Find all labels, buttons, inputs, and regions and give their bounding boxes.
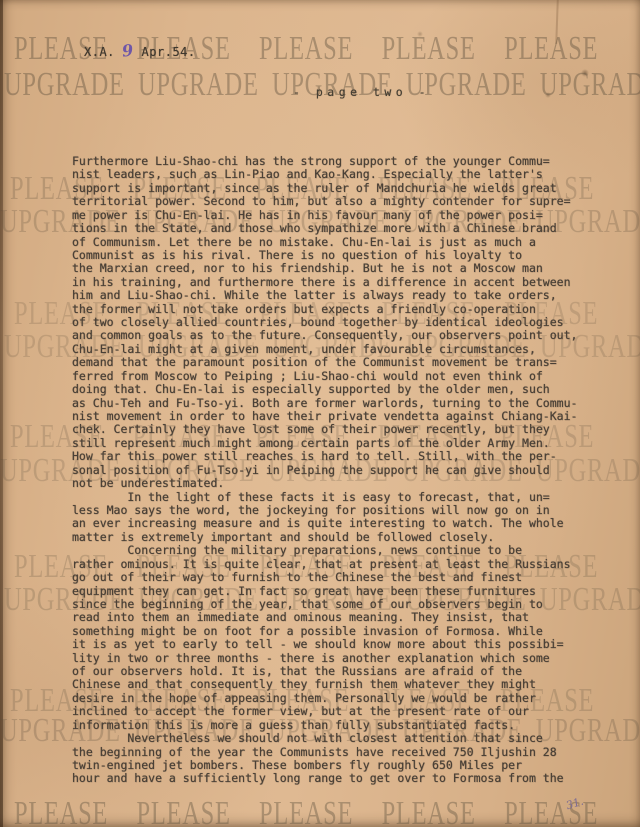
paper-crease — [555, 0, 559, 44]
header-date: Apr.54. — [142, 45, 196, 59]
handwritten-day: 9 — [121, 40, 135, 60]
handwritten-annotation: 31. — [564, 795, 585, 813]
typed-text: Furthermore Liu-Shao-chi has the strong … — [72, 155, 612, 786]
watermark-row: PLEASE PLEASE PLEASE PLEASE PLEASE — [14, 795, 598, 827]
header-reference: X.A. — [84, 45, 115, 59]
page-number-label: - page two - — [293, 85, 430, 99]
scanned-document-page: PLEASE PLEASE PLEASE PLEASE PLEASEUPGRAD… — [0, 0, 640, 827]
document-header: X.A. 9 Apr.54. — [84, 45, 196, 60]
paper-left-edge-shadow — [0, 0, 3, 827]
